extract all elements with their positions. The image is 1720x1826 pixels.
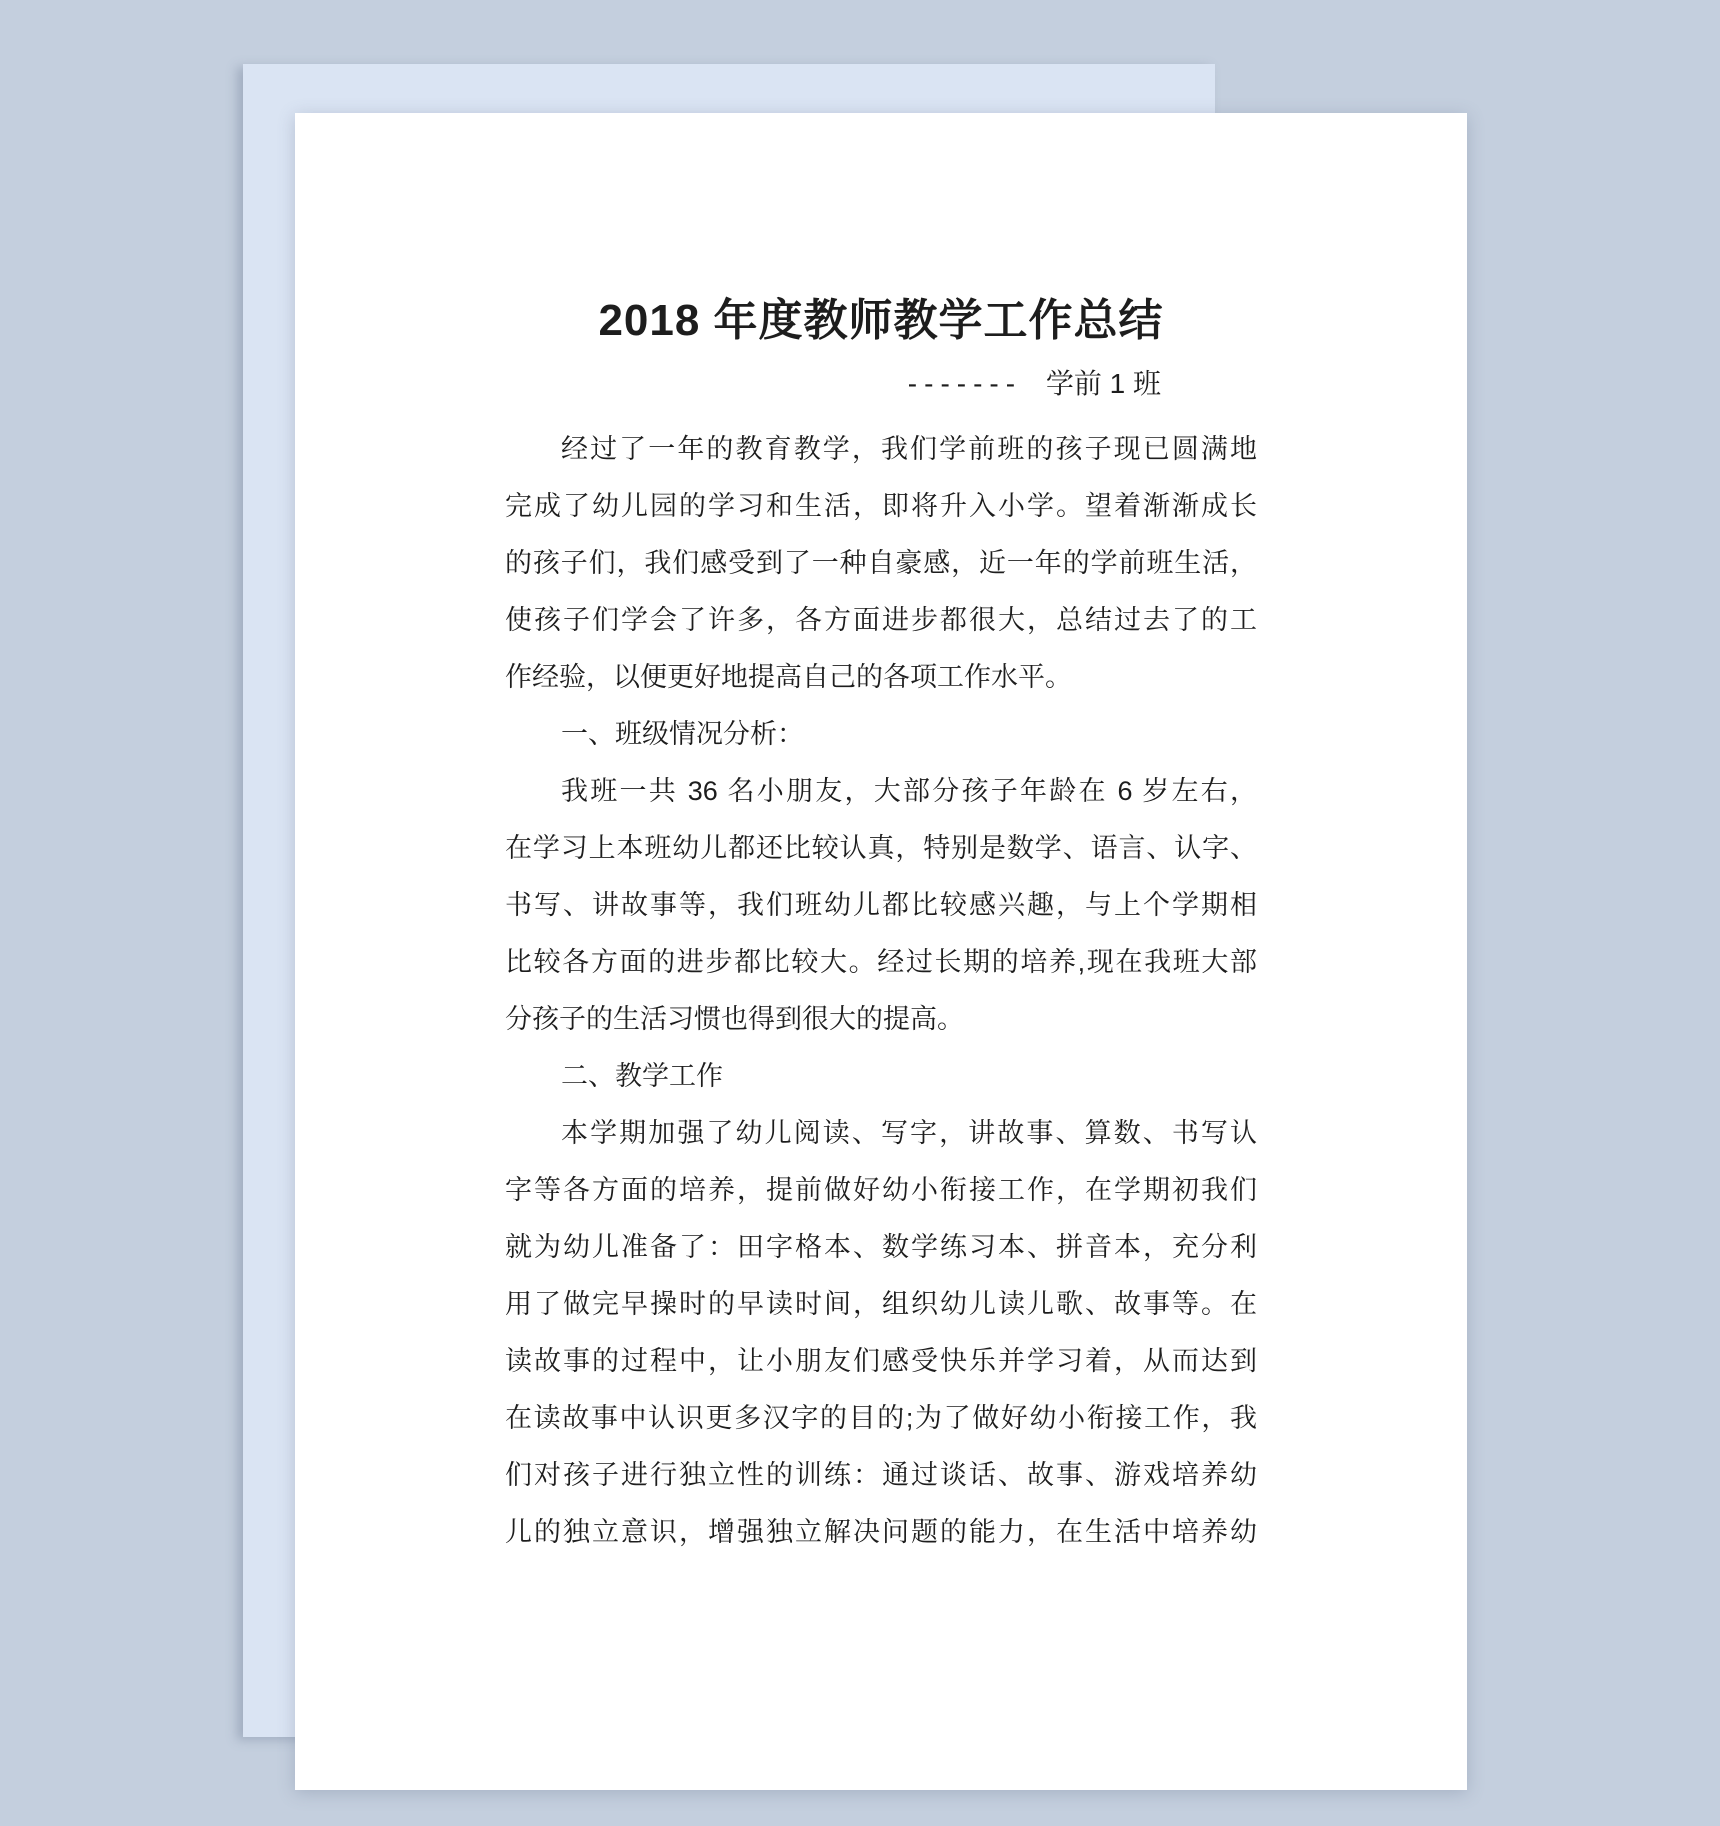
document-line: 本学期加强了幼儿阅读、写字，讲故事、算数、书写认 [505, 1105, 1257, 1162]
document-line: 完成了幼儿园的学习和生活，即将升入小学。望着渐渐成长 [505, 478, 1257, 535]
subtitle-class-label: 学前 1 班 [1046, 368, 1161, 399]
document-page: 2018 年度教师教学工作总结 ------- 学前 1 班 经过了一年的教育教… [295, 113, 1467, 1790]
document-line: 们对孩子进行独立性的训练：通过谈话、故事、游戏培养幼 [505, 1447, 1257, 1504]
document-line: 读故事的过程中，让小朋友们感受快乐并学习着，从而达到 [505, 1333, 1257, 1390]
document-line: 使孩子们学会了许多，各方面进步都很大，总结过去了的工 [505, 592, 1257, 649]
document-line: 分孩子的生活习惯也得到很大的提高。 [505, 991, 1257, 1048]
document-line: 儿的独立意识，增强独立解决问题的能力，在生活中培养幼 [505, 1504, 1257, 1561]
document-line: 我班一共 36 名小朋友，大部分孩子年龄在 6 岁左右， [505, 763, 1257, 820]
document-body: 经过了一年的教育教学，我们学前班的孩子现已圆满地 完成了幼儿园的学习和生活，即将… [505, 421, 1257, 1561]
section-heading: 二、教学工作 [505, 1048, 1257, 1105]
document-line: 就为幼儿准备了：田字格本、数学练习本、拼音本，充分利 [505, 1219, 1257, 1276]
document-line: 经过了一年的教育教学，我们学前班的孩子现已圆满地 [505, 421, 1257, 478]
document-title: 2018 年度教师教学工作总结 [505, 295, 1257, 347]
document-line: 字等各方面的培养，提前做好幼小衔接工作，在学期初我们 [505, 1162, 1257, 1219]
document-line: 书写、讲故事等，我们班幼儿都比较感兴趣，与上个学期相 [505, 877, 1257, 934]
document-line: 在读故事中认识更多汉字的目的;为了做好幼小衔接工作，我 [505, 1390, 1257, 1447]
document-line: 作经验，以便更好地提高自己的各项工作水平。 [505, 649, 1257, 706]
document-content: 2018 年度教师教学工作总结 ------- 学前 1 班 经过了一年的教育教… [505, 113, 1257, 1561]
document-line: 比较各方面的进步都比较大。经过长期的培养,现在我班大部 [505, 934, 1257, 991]
section-heading: 一、班级情况分析： [505, 706, 1257, 763]
document-subtitle: ------- 学前 1 班 [505, 361, 1257, 407]
document-line: 在学习上本班幼儿都还比较认真，特别是数学、语言、认字、 [505, 820, 1257, 877]
document-line: 的孩子们，我们感受到了一种自豪感，近一年的学前班生活， [505, 535, 1257, 592]
document-line: 用了做完早操时的早读时间，组织幼儿读儿歌、故事等。在 [505, 1276, 1257, 1333]
subtitle-dashes: ------- [908, 368, 1022, 399]
